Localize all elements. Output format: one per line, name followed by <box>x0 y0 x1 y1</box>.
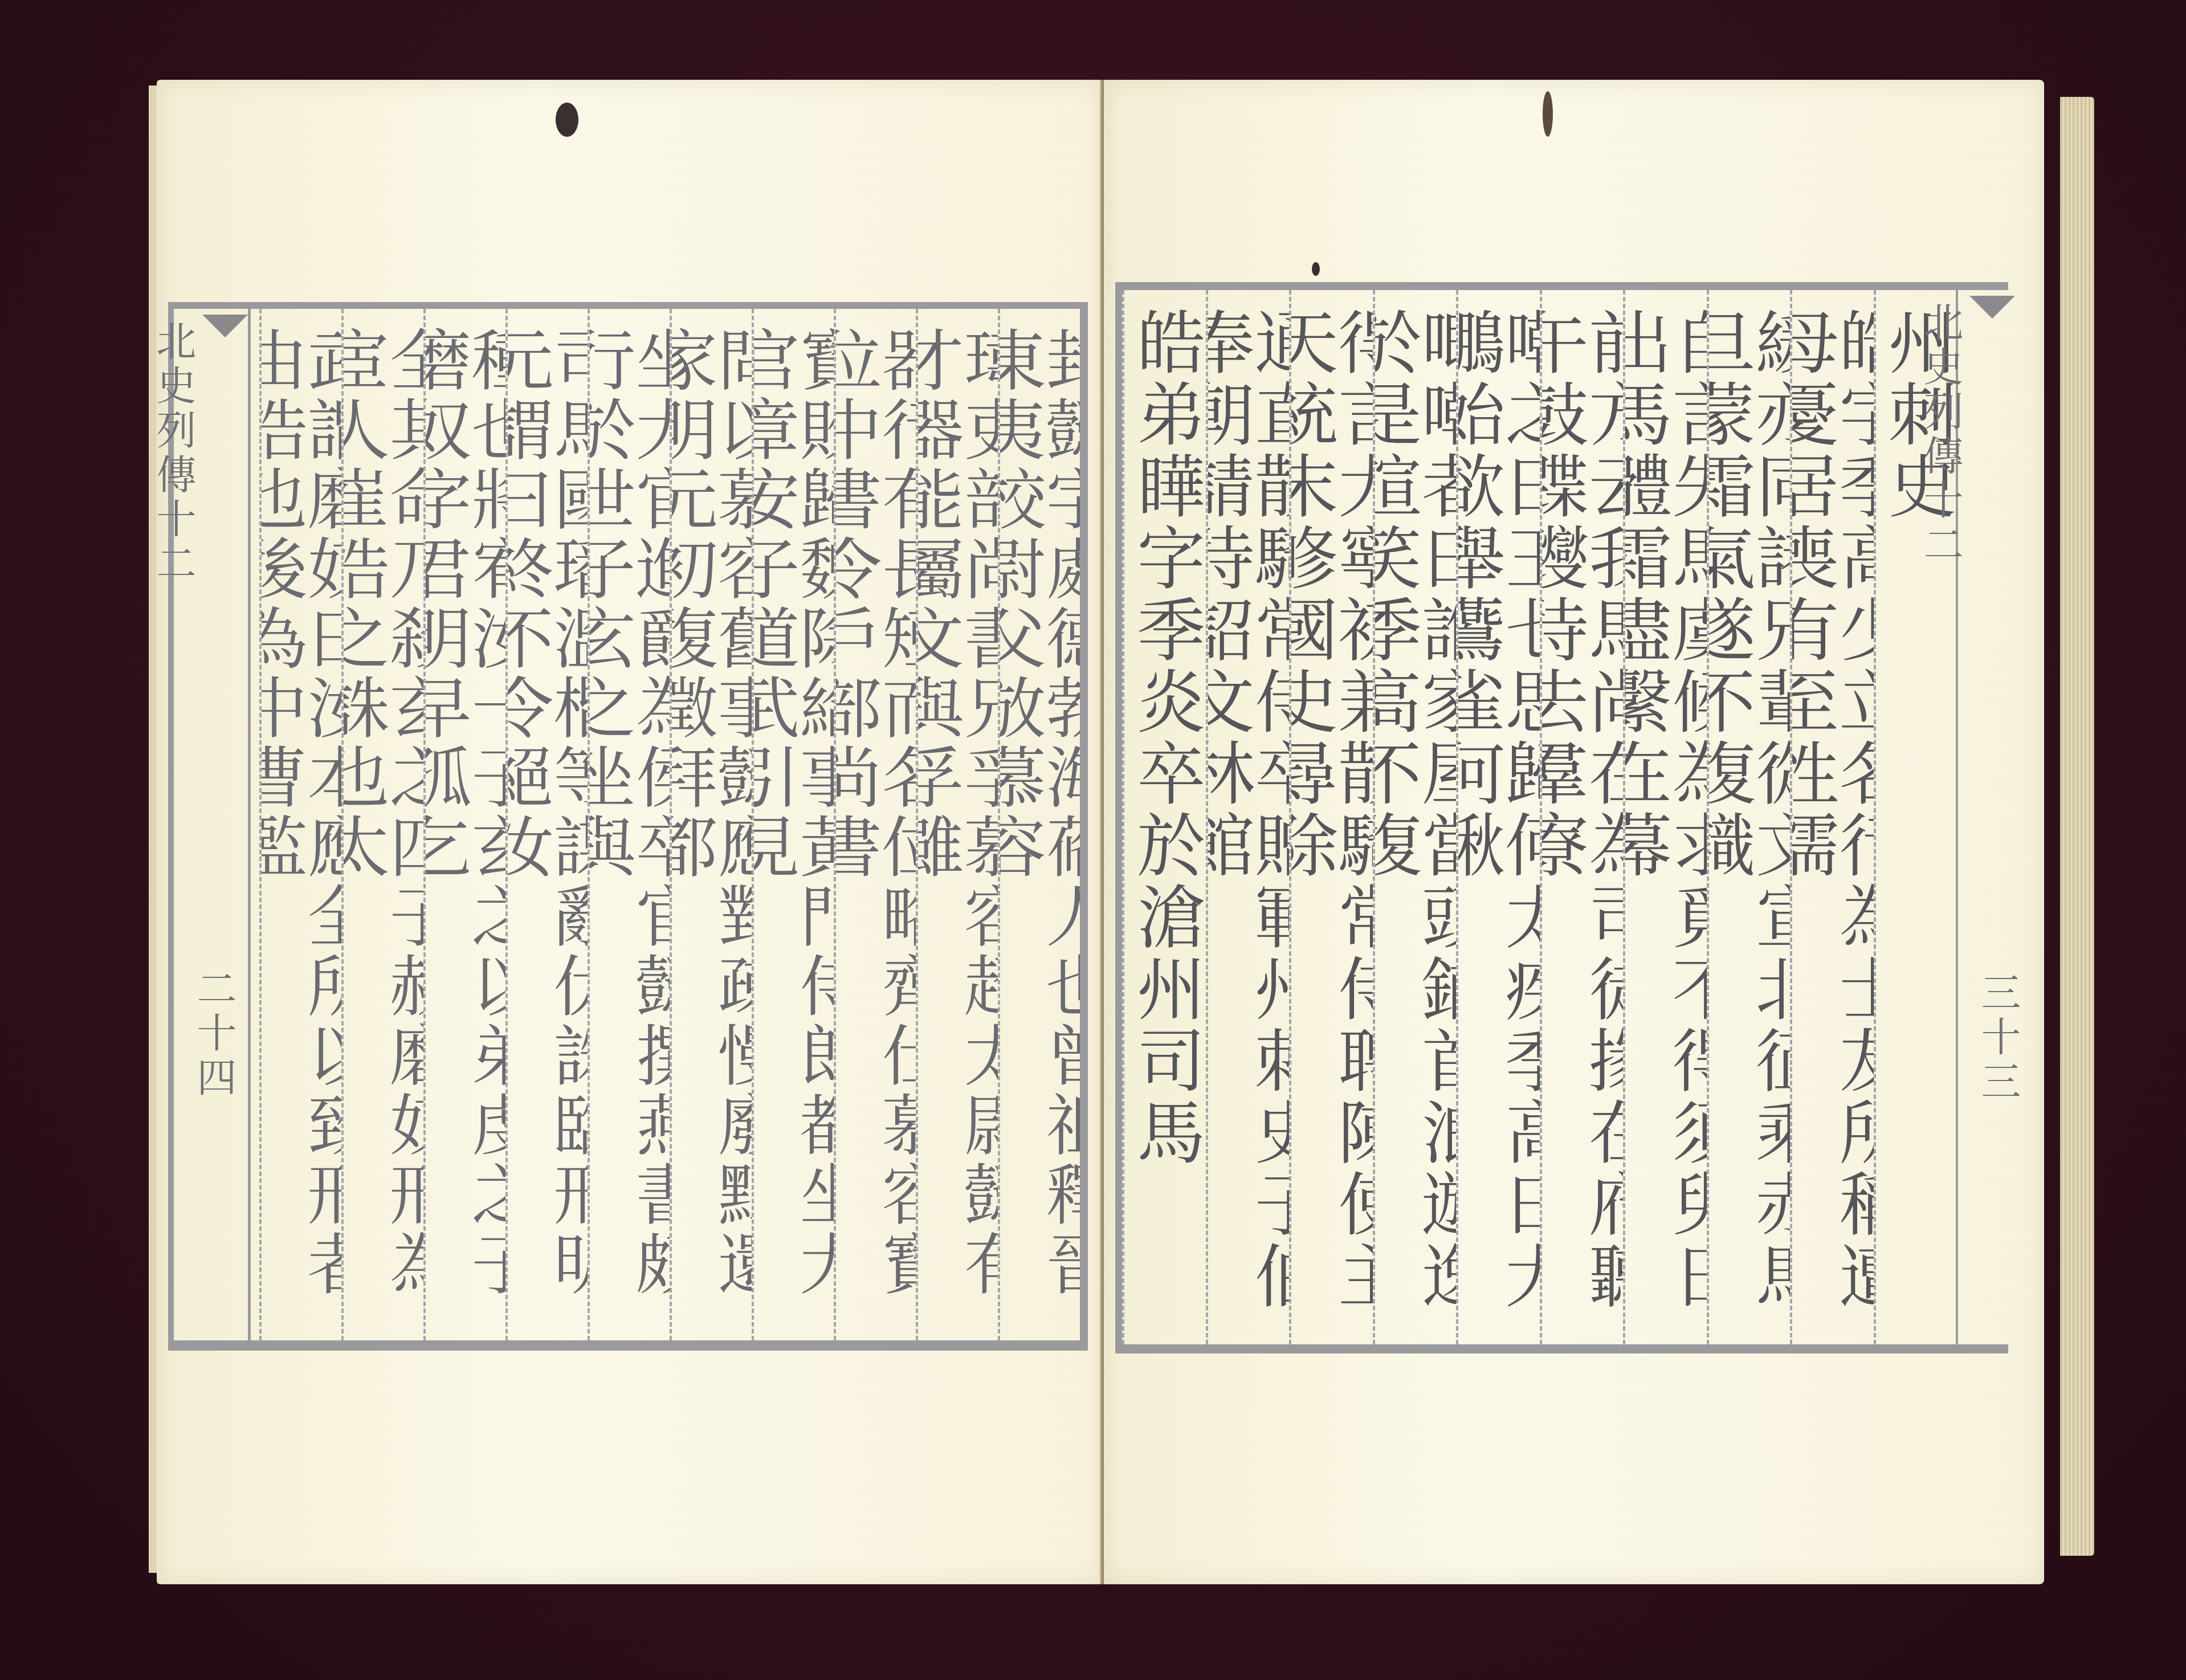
page-edges-right <box>2060 97 2094 1556</box>
left-margin-title: 北史列傳十二 <box>150 309 197 587</box>
text-column: 坐大官進爵為侯卒官懿撰燕書頗行於世子玄之坐與 <box>588 309 670 1340</box>
fishtail-top-icon <box>202 315 248 337</box>
left-page: 北史列傳十二 二十四 封懿字處德勃海蓨人也曾祖釋晉東夷校尉父放慕容 瑋吏部尚書兄… <box>157 80 1103 1584</box>
text-column: 全其命乃殺玄之四子赦磨奴刑為宦人崔浩之誅也太 <box>341 309 423 1340</box>
paper-damage <box>556 103 578 137</box>
text-column: 寶敗歸魏除給事黃門侍郎都坐大官章安子道武引見 <box>752 309 834 1340</box>
text-column: 器行有長短而名位略齊仕慕容寶位中書令戶部尚書 <box>834 309 916 1340</box>
right-page-number: 三十三 <box>1969 972 2027 1105</box>
text-column: 嘲之曰王七思歸何太疾季高曰大鵬始欲舉鷰雀何啾 <box>1456 290 1540 1344</box>
text-column: 武謂磨奴曰汝本應全所以致刑者由浩也後為中曹監 <box>259 309 341 1340</box>
text-column: 皓弟瞱字季炎卒於滄州司馬 <box>1122 290 1206 1344</box>
text-column: 緩亦同諸兄輩從文宣北征乘赤馬旦蒙霜氣遂不復識 <box>1707 290 1791 1344</box>
text-column: 種也將宥汝一子玄之以弟虔之子磨奴字君明早孤乞 <box>423 309 505 1340</box>
text-column: 唧嘲者曰誰家屋當頭鋪首浪遊逸於是喧笑季高不復 <box>1373 290 1457 1344</box>
open-book: 北史列傳十二 二十四 封懿字處德勃海蓨人也曾祖釋晉東夷校尉父放慕容 瑋吏部尚書兄… <box>157 80 2060 1584</box>
right-margin-title: 北史列傳十二 <box>1917 290 1964 568</box>
right-text-columns: 州刺史 皓字季高少立名行為士友所稱遭母憂居喪有至性儒 緩亦同諸兄輩從文宣北征乘赤… <box>1122 290 1957 1344</box>
text-column: 司馬國璠溫楷等謀亂伏誅臨刑明元謂曰終不令絕汝 <box>505 309 588 1340</box>
right-page: 州刺史 皓字季高少立名行為士友所稱遭母憂居喪有至性儒 緩亦同諸兄輩從文宣北征乘赤… <box>1104 80 2044 1584</box>
text-column: 得言大寧初兼散騎常侍聘陳使主天統末修國史尋除 <box>1289 290 1373 1344</box>
text-column: 皓字季高少立名行為士友所稱遭母憂居喪有至性儒 <box>1790 290 1874 1344</box>
text-column: 問以慕容舊事懿應對疎慢廢黜還家明元初復徵拜都 <box>670 309 752 1340</box>
text-column: 自言失馬虞候為求覓不得須臾日出馬體霜盡繫在幕 <box>1623 290 1707 1344</box>
left-text-columns: 封懿字處德勃海蓨人也曾祖釋晉東夷校尉父放慕容 瑋吏部尚書兄孚慕容超太尉懿有才器能… <box>259 309 1080 1340</box>
paper-hole <box>1312 262 1320 276</box>
right-print-frame: 州刺史 皓字季高少立名行為士友所稱遭母憂居喪有至性儒 緩亦同諸兄輩從文宣北征乘赤… <box>1115 282 2008 1353</box>
fishtail-top-icon <box>1969 296 2015 319</box>
text-column: 封懿字處德勃海蓨人也曾祖釋晉東夷校尉父放慕容 <box>998 309 1080 1340</box>
text-column: 前方云我馬尚在為司徒掾在府聽午鼓蹀躞待去羣寮 <box>1540 290 1624 1344</box>
text-column: 瑋吏部尚書兄孚慕容超太尉懿有才器能屬文與孚雖 <box>916 309 998 1340</box>
right-margin-strip: 北史列傳十二 三十三 <box>1956 290 2015 1344</box>
left-print-frame: 北史列傳十二 二十四 封懿字處德勃海蓨人也曾祖釋晉東夷校尉父放慕容 瑋吏部尚書兄… <box>168 302 1088 1351</box>
left-margin-strip: 北史列傳十二 二十四 <box>174 309 251 1340</box>
left-page-number: 二十四 <box>185 968 243 1101</box>
text-column: 通直散騎常侍卒贈鄆州刺史子伯奉朝請待詔文林館 <box>1206 290 1290 1344</box>
paper-damage <box>1543 91 1553 137</box>
